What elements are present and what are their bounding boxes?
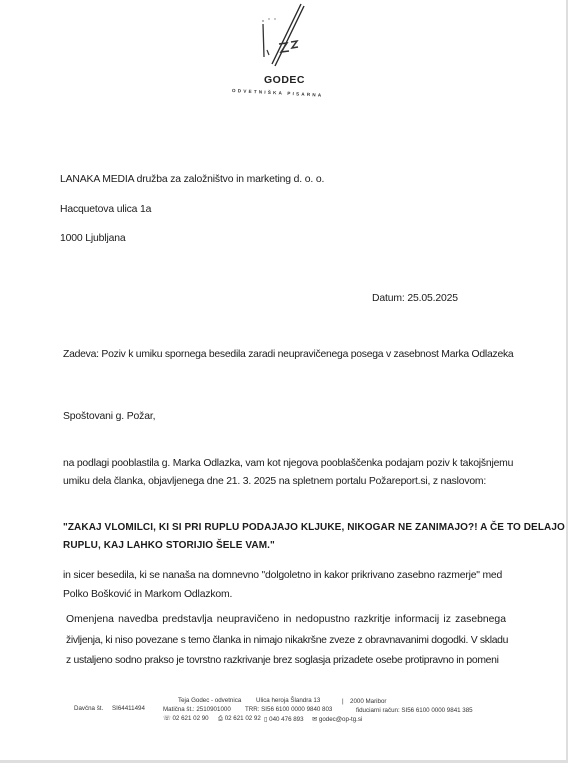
- letter-page: GODEC ODVETNIŠKA PISARNA LANAKA MEDIA dr…: [0, 0, 568, 763]
- godec-logo-icon: [255, 2, 315, 102]
- salutation: Spoštovani g. Požar,: [63, 411, 155, 422]
- footer-tax-number: SI64411494: [112, 705, 145, 712]
- footer-iban: TRR: SI56 6100 0000 9840 803: [245, 706, 332, 713]
- footer-registration: Matična št.: 2510901000: [163, 706, 231, 713]
- recipient-street: Hacquetova ulica 1a: [60, 204, 151, 215]
- paragraph-1-line-1: na podlagi pooblastila g. Marka Odlazka,…: [63, 458, 513, 469]
- footer-city: 2000 Maribor: [350, 698, 386, 705]
- footer-fiduciary-account: fiduciarni račun: SI56 6100 0000 9841 38…: [356, 707, 473, 714]
- headline-quote-line-1: "ZAKAJ VLOMILCI, KI SI PRI RUPLU PODAJAJ…: [63, 522, 565, 533]
- firm-name: GODEC: [264, 74, 305, 86]
- paragraph-3-line-2: življenja, ki niso povezane s temo člank…: [66, 635, 508, 646]
- footer-address: Ulica heroja Šlandra 13: [256, 697, 320, 704]
- paragraph-2-line-1: in sicer besedila, ki se nanaša na domne…: [63, 570, 502, 581]
- footer-separator: |: [342, 698, 344, 705]
- mobile-icon: ▯: [264, 716, 267, 723]
- paragraph-2-line-2: Polko Bošković in Markom Odlazkom.: [63, 589, 232, 600]
- footer-fax: ⎙ 02 621 02 92: [218, 715, 261, 723]
- paragraph-3-line-3: z ustaljeno sodno prakso je tovrstno raz…: [66, 655, 499, 666]
- headline-quote-line-2: RUPLU, KAJ LAHKO STORIJIO ŠELE VAM.": [63, 540, 275, 551]
- recipient-company: LANAKA MEDIA družba za založništvo in ma…: [60, 174, 324, 185]
- footer-tax-label: Davčna št.: [74, 705, 103, 712]
- footer-email[interactable]: ✉ godec@op-tg.si: [312, 716, 362, 723]
- letter-date: Datum: 25.05.2025: [372, 293, 458, 304]
- fax-icon: ⎙: [218, 715, 223, 722]
- phone-icon: ☏: [163, 715, 171, 722]
- paragraph-1-line-2: umiku dela članka, objavljenega dne 21. …: [63, 476, 486, 487]
- footer-phone: ☏ 02 621 02 90: [163, 715, 209, 722]
- recipient-city: 1000 Ljubljana: [60, 233, 126, 244]
- footer-name: Teja Godec - odvetnica: [178, 697, 241, 704]
- footer-mobile: ▯ 040 476 893: [264, 716, 304, 723]
- paragraph-3-line-1: Omenjena navedba predstavlja neupravičen…: [66, 614, 506, 625]
- email-icon: ✉: [312, 716, 317, 723]
- signature-slash-icon: [255, 2, 315, 77]
- letter-subject: Zadeva: Poziv k umiku spornega besedila …: [63, 349, 513, 360]
